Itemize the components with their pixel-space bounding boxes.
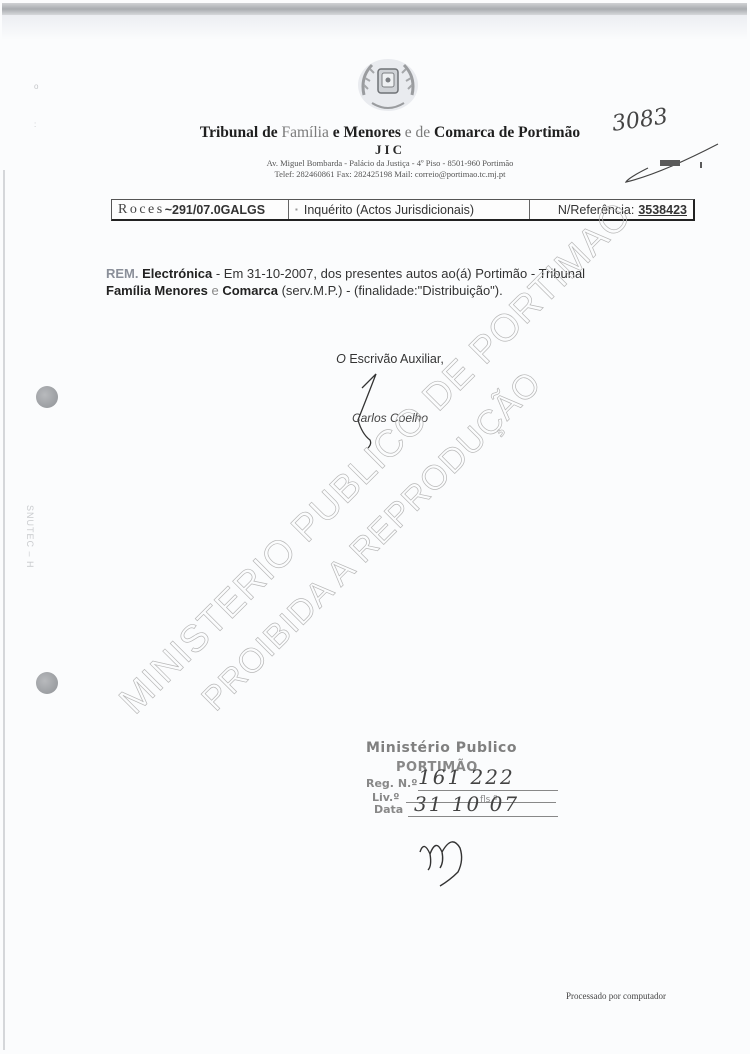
court-name: Tribunal de Família e Menores e de Comar… [150,124,630,142]
stamp-reg-line [418,790,558,791]
reference-number: 3538423 [638,203,687,217]
process-label: Roces [118,202,165,218]
footer-note: Processado por computador [566,991,666,1001]
margin-mark: : [34,120,36,129]
process-number-cell: Roces ~291/07.0GALGS [112,200,288,219]
remittance-text: REM. Electrónica - Em 31-10-2007, dos pr… [106,265,676,299]
rem-prefix: REM. [106,266,139,281]
court-unit: JIC [150,142,630,158]
reference-label: N/Referência: [558,203,634,217]
scan-left-edge [3,170,5,1050]
reference-cell: N/Referência: 3538423 [529,200,693,219]
court-contact: Telef: 282460861 Fax: 282425198 Mail: co… [150,169,630,179]
reference-bar: Roces ~291/07.0GALGS ▪ Inquérito (Actos … [111,199,695,221]
margin-vertical-text: SNUTEC – H [25,505,35,569]
handwritten-check-mark-icon [620,130,730,190]
stamp-title: Ministério Publico [366,740,517,756]
bullet-icon: ▪ [295,205,298,214]
stamp-data-label: Data [374,803,403,816]
coat-of-arms-icon [356,55,420,117]
process-type: Inquérito (Actos Jurisdicionais) [304,203,474,217]
stamp-data-value: 31 10 07 [414,792,519,816]
process-type-cell: ▪ Inquérito (Actos Jurisdicionais) [288,200,529,219]
signer-name: Carlos Coelho [300,411,480,425]
rem-type: Electrónica [142,266,212,281]
stamp-reg-value: 161 222 [418,765,515,789]
process-number: ~291/07.0GALGS [165,203,265,217]
court-address: Av. Miguel Bombarda - Palácio da Justiça… [150,158,630,168]
stamp-data-line [408,816,558,817]
signature-icon [348,370,398,450]
signoff-title: O Escrivão Auxiliar, [300,352,480,366]
scan-top-shadow [2,15,747,40]
punch-hole [36,672,58,694]
stamp-reg-label: Reg. N.º [366,777,417,790]
margin-mark: o [34,82,38,91]
scan-top-edge [2,3,747,15]
initials-signature-icon [410,830,490,890]
punch-hole [36,386,58,408]
